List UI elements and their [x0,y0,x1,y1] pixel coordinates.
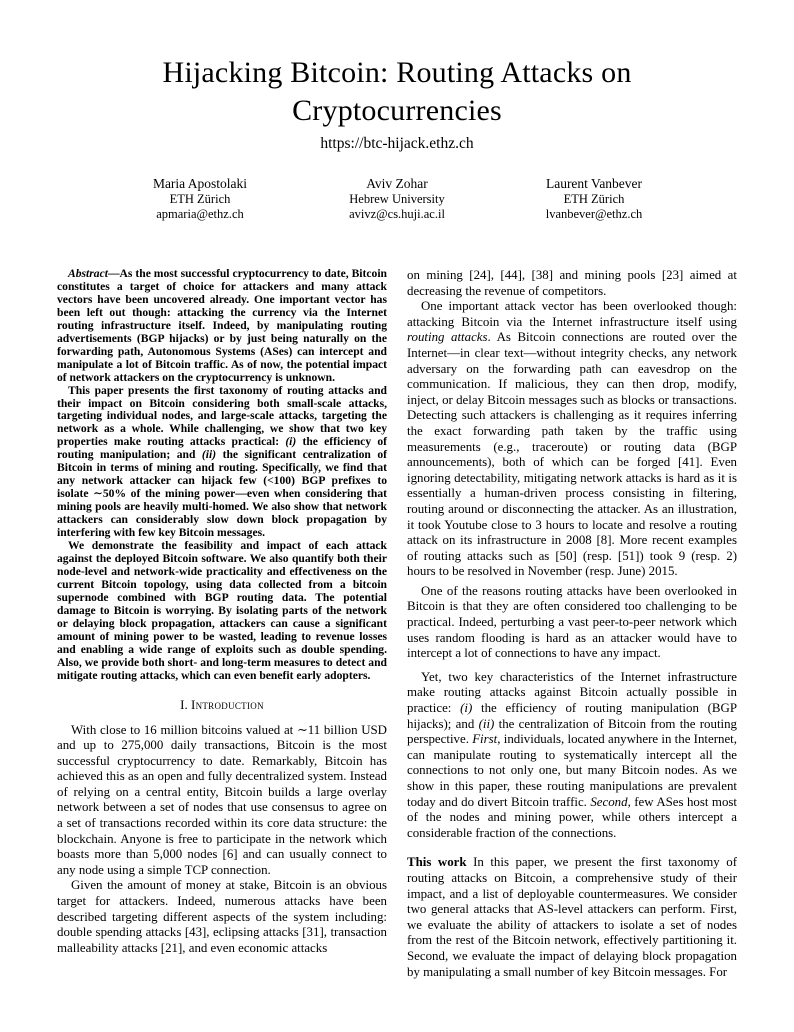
paper-title: Hijacking Bitcoin: Routing Attacks on Cr… [57,54,737,130]
intro-paragraph-2: Given the amount of money at stake, Bitc… [57,878,387,956]
author-email: lvanbever@ethz.ch [496,207,693,222]
author-2: Aviv Zohar Hebrew University avivz@cs.hu… [299,176,496,222]
text-segment: on mining [24], [44], [38] and mining po… [407,268,737,298]
text-segment: Abstract [68,267,108,280]
section-title: Introduction [191,697,264,712]
abstract-paragraph-2: This paper presents the first taxonomy o… [57,385,387,540]
section-heading-introduction: I. Introduction [57,696,387,713]
text-segment: (i) [285,435,296,448]
author-block: Maria Apostolaki ETH Zürich apmaria@ethz… [57,176,737,222]
author-name: Aviv Zohar [299,176,496,192]
text-segment: We demonstrate the feasibility and impac… [57,539,387,682]
text-segment: (i) [460,701,472,715]
paper-url-link[interactable]: https://btc-hijack.ethz.ch [57,134,737,153]
author-affiliation: ETH Zürich [102,192,299,207]
text-segment: In this paper, we present the first taxo… [407,855,737,978]
left-column: Abstract—As the most successful cryptocu… [57,268,387,980]
text-segment: . As Bitcoin connections are routed over… [407,330,737,578]
text-segment: This work [407,855,467,869]
paper-page: Hijacking Bitcoin: Routing Attacks on Cr… [0,0,794,1032]
text-segment: —As the most successful cryptocurrency t… [57,267,387,384]
body-paragraph-attack-vector: One important attack vector has been ove… [407,299,737,580]
text-segment: One important attack vector has been ove… [407,299,737,329]
author-1: Maria Apostolaki ETH Zürich apmaria@ethz… [102,176,299,222]
text-segment: With close to 16 million bitcoins valued… [57,723,387,877]
body-paragraph-continuation: on mining [24], [44], [38] and mining po… [407,268,737,299]
paper-header: Hijacking Bitcoin: Routing Attacks on Cr… [57,54,737,222]
right-column: on mining [24], [44], [38] and mining po… [407,268,737,980]
author-name: Maria Apostolaki [102,176,299,192]
text-segment: (ii) [202,448,216,461]
text-segment: routing attacks [407,330,488,344]
abstract-paragraph-3: We demonstrate the feasibility and impac… [57,540,387,682]
text-segment: the significant centralization of Bitcoi… [57,448,387,539]
text-segment: First [472,732,497,746]
body-paragraph-two-characteristics: Yet, two key characteristics of the Inte… [407,670,737,842]
body-paragraph-this-work: This work In this paper, we present the … [407,855,737,980]
author-email: avivz@cs.huji.ac.il [299,207,496,222]
author-affiliation: Hebrew University [299,192,496,207]
section-number: I. [180,697,188,712]
text-segment: One of the reasons routing attacks have … [407,584,737,660]
two-column-body: Abstract—As the most successful cryptocu… [57,268,737,980]
author-name: Laurent Vanbever [496,176,693,192]
text-segment: (ii) [479,717,495,731]
author-3: Laurent Vanbever ETH Zürich lvanbever@et… [496,176,693,222]
text-segment: Second [590,795,627,809]
body-paragraph-overlooked-reasons: One of the reasons routing attacks have … [407,584,737,662]
abstract: Abstract—As the most successful cryptocu… [57,268,387,683]
text-segment: Given the amount of money at stake, Bitc… [57,878,387,954]
abstract-paragraph-1: Abstract—As the most successful cryptocu… [57,268,387,385]
author-affiliation: ETH Zürich [496,192,693,207]
author-email: apmaria@ethz.ch [102,207,299,222]
intro-paragraph-1: With close to 16 million bitcoins valued… [57,723,387,879]
